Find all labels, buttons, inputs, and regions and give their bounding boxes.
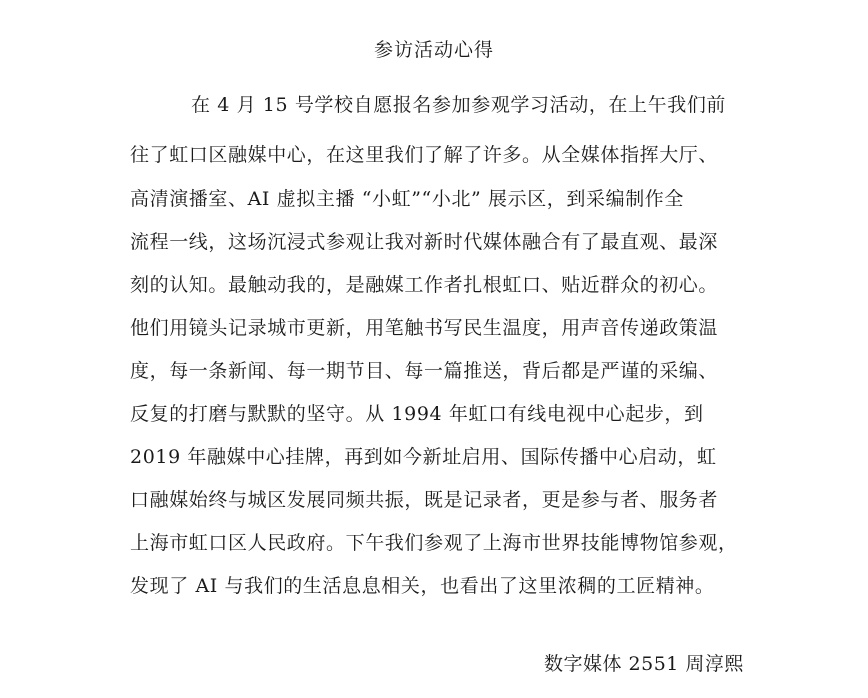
- body-line-10: 口融媒始终与城区发展同频共振，既是记录者，更是参与者、服务者: [130, 486, 750, 514]
- author-signature: 数字媒体 2551 周淳熙: [544, 650, 744, 678]
- body-line-9: 2019 年融媒中心挂牌，再到如今新址启用、国际传播中心启动，虹: [130, 443, 750, 471]
- document-page: 参访活动心得 在 4 月 15 号学校自愿报名参加参观学习活动，在上午我们前 往…: [0, 0, 868, 698]
- body-line-7: 度，每一条新闻、每一期节目、每一篇推送，背后都是严谨的采编、: [130, 357, 750, 385]
- body-line-6: 他们用镜头记录城市更新，用笔触书写民生温度，用声音传递政策温: [130, 314, 750, 342]
- body-line-2: 往了虹口区融媒中心，在这里我们了解了许多。从全媒体指挥大厅、: [130, 141, 750, 169]
- document-title: 参访活动心得: [0, 36, 868, 64]
- body-line-4: 流程一线，这场沉浸式参观让我对新时代媒体融合有了最直观、最深: [130, 228, 750, 256]
- body-line-11: 上海市虹口区人民政府。下午我们参观了上海市世界技能博物馆参观，: [130, 529, 750, 557]
- body-line-1: 在 4 月 15 号学校自愿报名参加参观学习活动，在上午我们前: [191, 91, 811, 119]
- body-line-3: 高清演播室、AI 虚拟主播 “小虹”“小北” 展示区，到采编制作全: [130, 185, 750, 213]
- body-line-5: 刻的认知。最触动我的，是融媒工作者扎根虹口、贴近群众的初心。: [130, 271, 750, 299]
- body-line-12: 发现了 AI 与我们的生活息息相关，也看出了这里浓稠的工匠精神。: [130, 572, 750, 600]
- body-line-8: 反复的打磨与默默的坚守。从 1994 年虹口有线电视中心起步，到: [130, 400, 750, 428]
